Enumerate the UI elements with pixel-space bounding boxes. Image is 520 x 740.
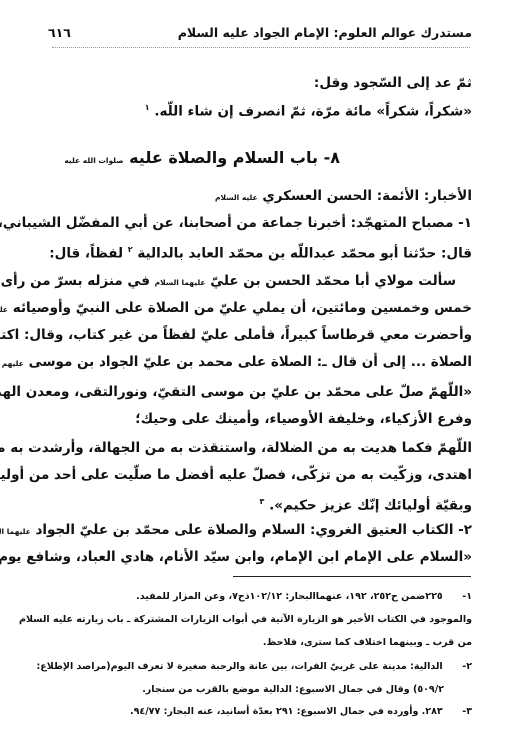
- book-page: مستدرك عوالم العلوم: الإمام الجواد عليه …: [0, 0, 520, 740]
- text: اهتدى، وزكّيت به من تزكّى، فصلّ عليه أفض…: [0, 467, 472, 483]
- blessing-text: عليهما السلام: [0, 527, 31, 536]
- text: ٨- باب السلام والصلاة عليه: [129, 148, 340, 167]
- blessing-text: عليهم السلام: [0, 359, 24, 368]
- header-divider: [52, 47, 470, 48]
- body-line: اللّهمّ فكما هديت به من الضلالة، واستنقذ…: [48, 435, 472, 461]
- body-line: خمس وخمسين ومائتين، أن يملي عليّ من الصل…: [48, 295, 472, 323]
- body-line: الأخبار: الأئمة: الحسن العسكري عليه السل…: [48, 183, 472, 211]
- body-line: «شكراً، شكراً» مائة مرّة، ثمّ انصرف إن ش…: [48, 95, 472, 125]
- blessing-text: صلوات الله عليه: [64, 156, 123, 165]
- section-title: ٨- باب السلام والصلاة عليه صلوات الله عل…: [48, 145, 340, 174]
- text: ٢- الكتاب العتيق الغروي: السلام والصلاة …: [36, 522, 473, 538]
- body-line: «السلام على الإمام ابن الإمام، وابن سيّد…: [48, 544, 472, 570]
- footnote-2-cont: ٥٠٩/٢) وقال في جمال الاسبوع: الدالية موض…: [48, 679, 444, 701]
- body-line: قال: حدّثنا أبو محمّد عبداللّه بن محمّد …: [48, 237, 472, 267]
- text: وفرع الأزكياء، وخليفة الأوصياء، وأمينك ع…: [135, 411, 472, 427]
- blessing-text: عليهما السلام: [155, 278, 206, 287]
- page-header: مستدرك عوالم العلوم: الإمام الجواد عليه …: [48, 22, 472, 42]
- text: سألت مولاي أبا محمّد الحسن بن عليّ: [210, 273, 456, 289]
- text: الأخبار: الأئمة: الحسن العسكري: [262, 188, 472, 204]
- running-title: مستدرك عوالم العلوم: الإمام الجواد عليه …: [178, 25, 472, 40]
- text: «اللّهمّ صلّ على محمّد بن عليّ بن موسى ا…: [0, 384, 472, 400]
- footnote-number: ١-: [446, 586, 472, 608]
- blessing-text: عليه السلام: [215, 193, 258, 202]
- footnote-text: ٢٨٣. وأورده في جمال الاسبوع: ٢٩١ بعدّة أ…: [130, 706, 443, 717]
- blessing-text: عليهم السلام: [0, 305, 8, 314]
- footnote-ref[interactable]: ١: [145, 103, 150, 112]
- footnote-1: ١- ٢٢٥ضمن ح٢٥٢، ١٩٢، عنهماالبحار: ١٠٢/١٢…: [48, 586, 472, 608]
- text: ثمّ عد إلى السّجود وقل:: [314, 75, 472, 91]
- footnote-ref[interactable]: ٢: [128, 245, 133, 254]
- page-number: ٦١٦: [48, 25, 71, 40]
- footnote-3: ٣- ٢٨٣. وأورده في جمال الاسبوع: ٢٩١ بعدّ…: [48, 701, 472, 723]
- footnote-text: والموجود في الكتاب الأخير هو الزيارة الآ…: [19, 614, 472, 625]
- body-line: ١- مصباح المتهجّد: أخبرنا جماعة من أصحاب…: [48, 210, 472, 236]
- text: ١- مصباح المتهجّد: أخبرنا جماعة من أصحاب…: [0, 215, 472, 231]
- body-line: سألت مولاي أبا محمّد الحسن بن عليّ عليهم…: [48, 268, 456, 296]
- text: الصلاة ... إلى أن قال ـ: الصلاة على محمد…: [29, 354, 472, 370]
- footnote-1-cont: والموجود في الكتاب الأخير هو الزيارة الآ…: [48, 609, 472, 631]
- text: وبقيّة أوليائك إنّك عزيز حكيم».: [269, 498, 472, 514]
- footnote-1-cont: من قرب ـ وبينهما اختلاف كما سترى، فلاحظ.: [48, 632, 472, 654]
- footnote-text: ٥٠٩/٢) وقال في جمال الاسبوع: الدالية موض…: [142, 684, 444, 695]
- body-line: وأحضرت معي قرطاساً كبيراً، فأملى عليّ لف…: [48, 322, 472, 348]
- body-line: وفرع الأزكياء، وخليفة الأوصياء، وأمينك ع…: [48, 406, 472, 432]
- footnote-divider: [233, 576, 471, 577]
- body-line: ثمّ عد إلى السّجود وقل:: [48, 70, 472, 96]
- text: قال: حدّثنا أبو محمّد عبداللّه بن محمّد …: [137, 246, 472, 262]
- text: خمس وخمسين ومائتين، أن يملي عليّ من الصل…: [13, 300, 472, 316]
- body-line: الصلاة ... إلى أن قال ـ: الصلاة على محمد…: [48, 349, 472, 377]
- text: «شكراً، شكراً» مائة مرّة، ثمّ انصرف إن ش…: [154, 104, 472, 120]
- footnote-number: ٣-: [446, 701, 472, 723]
- body-line: «اللّهمّ صلّ على محمّد بن عليّ بن موسى ا…: [48, 379, 472, 405]
- text: في منزله بسرّ من رأى سنة: [0, 273, 150, 289]
- text: اللّهمّ فكما هديت به من الضلالة، واستنقذ…: [0, 440, 472, 456]
- text: وأحضرت معي قرطاساً كبيراً، فأملى عليّ لف…: [0, 327, 472, 343]
- text: لفظاً، قال:: [49, 246, 123, 262]
- footnote-text: ٢٢٥ضمن ح٢٥٢، ١٩٢، عنهماالبحار: ١٠٢/١٢ذح٧…: [136, 591, 443, 602]
- footnote-2: ٢- الدالية: مدينة على غربيّ الفرات، بين …: [48, 656, 472, 678]
- footnote-number: ٢-: [446, 656, 472, 678]
- body-line: وبقيّة أوليائك إنّك عزيز حكيم». ٣: [48, 489, 472, 519]
- footnote-ref[interactable]: ٣: [260, 497, 265, 506]
- footnote-text: الدالية: مدينة على غربيّ الفرات، بين عان…: [36, 661, 442, 672]
- text: «السلام على الإمام ابن الإمام، وابن سيّد…: [0, 549, 472, 565]
- footnote-text: من قرب ـ وبينهما اختلاف كما سترى، فلاحظ.: [263, 637, 472, 648]
- body-line: اهتدى، وزكّيت به من تزكّى، فصلّ عليه أفض…: [48, 462, 472, 488]
- body-line: ٢- الكتاب العتيق الغروي: السلام والصلاة …: [48, 517, 472, 545]
